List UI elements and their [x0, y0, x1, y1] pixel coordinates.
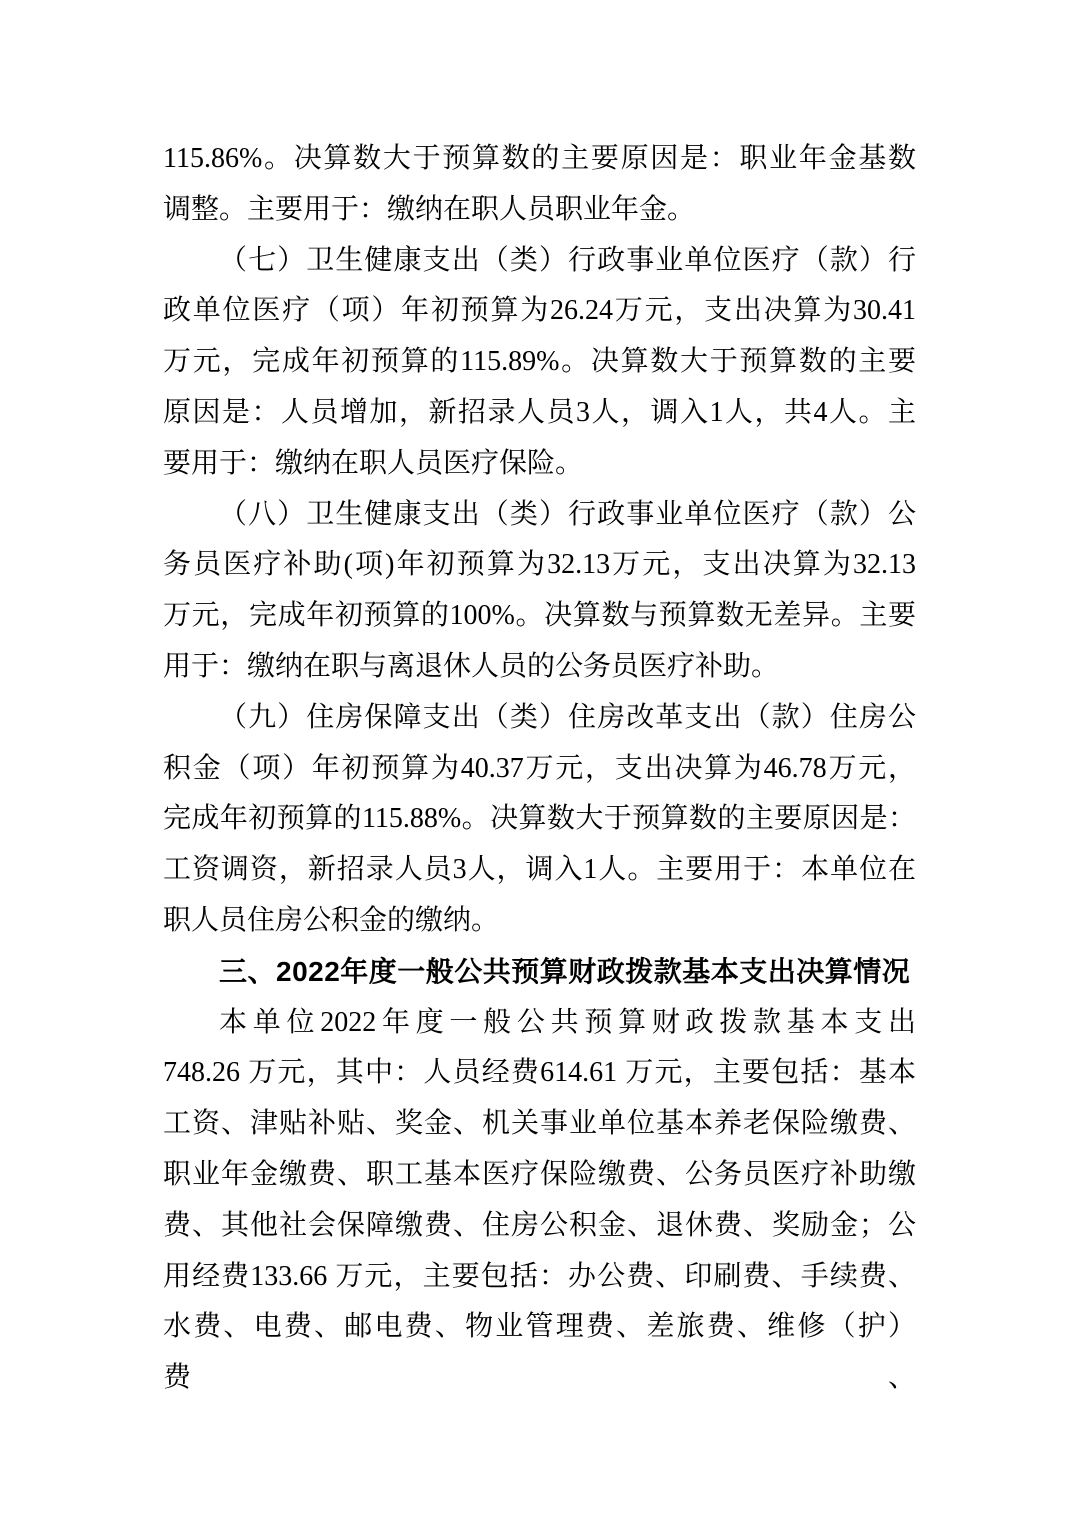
- doc-line: 工资、津贴补贴、奖金、机关事业单位基本养老保险缴费、: [163, 1099, 916, 1150]
- doc-line: 万元，完成年初预算的115.89%。决算数大于预算数的主要: [163, 337, 916, 388]
- doc-line: 职人员住房公积金的缴纳。: [163, 896, 916, 947]
- text-block: 115.86%。决算数大于预算数的主要原因是：职业年金基数 调整。主要用于：缴纳…: [163, 134, 916, 1404]
- doc-line: 工资调资，新招录人员3人，调入1人。主要用于：本单位在: [163, 845, 916, 896]
- paragraph-item-8-civil-servant-medical-subsidy: （八）卫生健康支出（类）行政事业单位医疗（款）公 务员医疗补助(项)年初预算为3…: [163, 490, 916, 693]
- doc-line: 115.86%。决算数大于预算数的主要原因是：职业年金基数: [163, 134, 916, 185]
- doc-line: 原因是：人员增加，新招录人员3人，调入1人，共4人。主: [163, 388, 916, 439]
- doc-line: 完成年初预算的115.88%。决算数大于预算数的主要原因是：: [163, 794, 916, 845]
- doc-line: 费、其他社会保障缴费、住房公积金、退休费、奖励金；公: [163, 1201, 916, 1252]
- paragraph-item-7-health-admin-medical: （七）卫生健康支出（类）行政事业单位医疗（款）行 政单位医疗（项）年初预算为26…: [163, 236, 916, 490]
- document-page: 115.86%。决算数大于预算数的主要原因是：职业年金基数 调整。主要用于：缴纳…: [0, 0, 1075, 1520]
- doc-line: 用经费133.66 万元，主要包括：办公费、印刷费、手续费、: [163, 1252, 916, 1303]
- doc-line: 政单位医疗（项）年初预算为26.24万元，支出决算为30.41: [163, 286, 916, 337]
- doc-line: 积金（项）年初预算为40.37万元，支出决算为46.78万元，: [163, 744, 916, 795]
- doc-line: 务员医疗补助(项)年初预算为32.13万元，支出决算为32.13: [163, 540, 916, 591]
- paragraph-continuation-retirement-annuity: 115.86%。决算数大于预算数的主要原因是：职业年金基数 调整。主要用于：缴纳…: [163, 134, 916, 236]
- doc-line: （九）住房保障支出（类）住房改革支出（款）住房公: [163, 693, 916, 744]
- paragraph-basic-expenditure-breakdown: 本单位2022年度一般公共预算财政拨款基本支出 748.26 万元，其中：人员经…: [163, 998, 916, 1404]
- paragraph-item-9-housing-fund: （九）住房保障支出（类）住房改革支出（款）住房公 积金（项）年初预算为40.37…: [163, 693, 916, 947]
- doc-line: 万元，完成年初预算的100%。决算数与预算数无差异。主要: [163, 591, 916, 642]
- doc-line: 水费、电费、邮电费、物业管理费、差旅费、维修（护）费、: [163, 1302, 916, 1404]
- doc-line: 748.26 万元，其中：人员经费614.61 万元，主要包括：基本: [163, 1048, 916, 1099]
- doc-line: 调整。主要用于：缴纳在职人员职业年金。: [163, 185, 916, 236]
- doc-line: 要用于：缴纳在职人员医疗保险。: [163, 439, 916, 490]
- doc-line: 职业年金缴费、职工基本医疗保险缴费、公务员医疗补助缴: [163, 1150, 916, 1201]
- doc-line: 本单位2022年度一般公共预算财政拨款基本支出: [163, 998, 916, 1049]
- doc-line: （八）卫生健康支出（类）行政事业单位医疗（款）公: [163, 490, 916, 541]
- doc-line: （七）卫生健康支出（类）行政事业单位医疗（款）行: [163, 236, 916, 287]
- doc-line: 用于：缴纳在职与离退休人员的公务员医疗补助。: [163, 642, 916, 693]
- section-heading-basic-expenditure: 三、2022年度一般公共预算财政拨款基本支出决算情况: [163, 947, 916, 998]
- section-heading-text: 三、2022年度一般公共预算财政拨款基本支出决算情况: [163, 947, 916, 998]
